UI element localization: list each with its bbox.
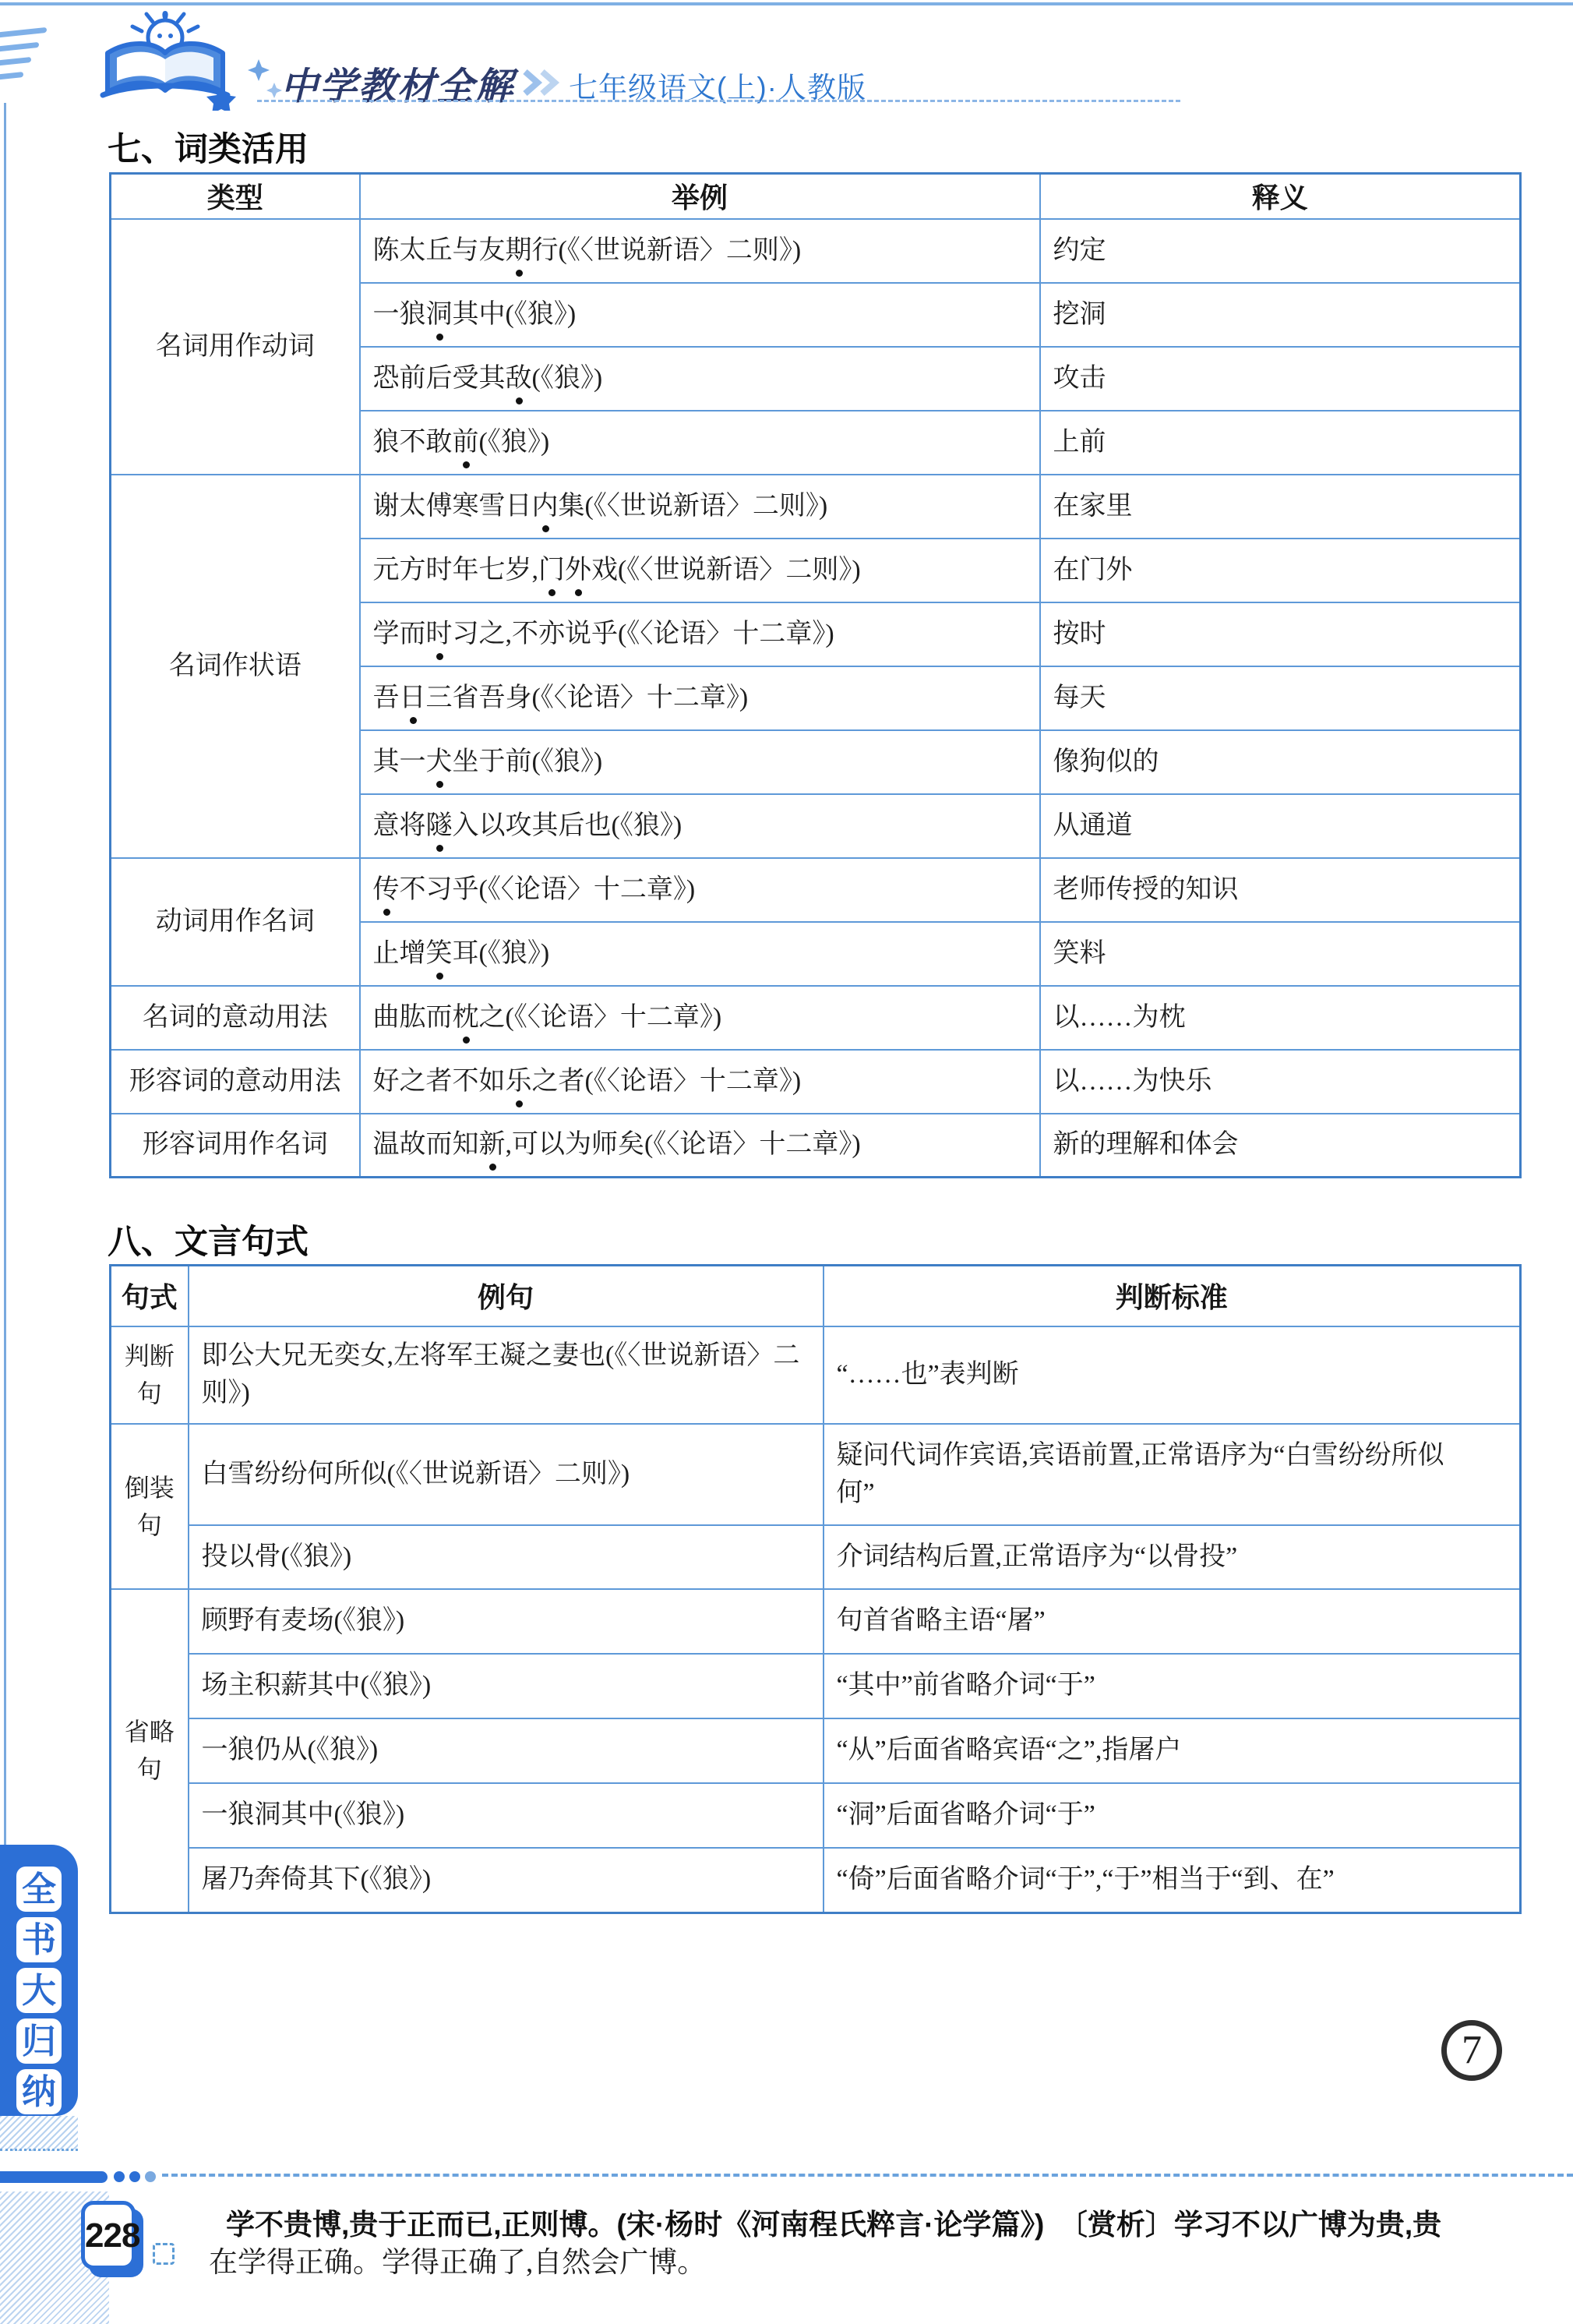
emphasis-dot-char: 日 — [400, 680, 426, 717]
sentence-pattern-table-wrap: 句式例句判断标准判断句即公大兄无奕女,左将军王凝之妻也(《〈世说新语〉二则》)“… — [109, 1264, 1522, 1914]
example-cell: 止增笑耳(《狼》) — [360, 922, 1040, 986]
meaning-cell: “……也”表判断 — [824, 1326, 1521, 1424]
emphasis-dot-char: 前 — [453, 424, 479, 461]
meaning-cell: 上前 — [1040, 411, 1521, 475]
example-cell: 狼不敢前(《狼》) — [360, 411, 1040, 475]
example-cell: 投以骨(《狼》) — [189, 1525, 824, 1589]
chevron-separator-icon — [520, 67, 561, 98]
example-cell: 吾日三省吾身(《〈论语〉十二章》) — [360, 666, 1040, 730]
column-header: 释义 — [1040, 174, 1521, 219]
column-header: 举例 — [360, 174, 1040, 219]
example-cell: 其一犬坐于前(《狼》) — [360, 730, 1040, 794]
sparkle-stars-icon — [246, 59, 284, 100]
meaning-cell: “其中”前省略介词“于” — [824, 1654, 1521, 1718]
example-cell: 一狼仍从(《狼》) — [189, 1718, 824, 1783]
footer-quote-line1: 学不贵博,贵于正而已,正则博。(宋·杨时《河南程氏粹言·论学篇》) 〔赏析〕学习… — [226, 2201, 1558, 2243]
row-group-label: 省略句 — [111, 1589, 189, 1913]
meaning-cell: 以……为枕 — [1040, 986, 1521, 1050]
emphasis-dot-char: 隧 — [426, 807, 453, 845]
meaning-cell: “倚”后面省略介词“于”,“于”相当于“到、在” — [824, 1848, 1521, 1913]
word-class-usage-table: 类型举例释义名词用作动词陈太丘与友期行(《〈世说新语〉二则》)约定一狼洞其中(《… — [109, 172, 1522, 1178]
meaning-cell: 攻击 — [1040, 347, 1521, 411]
example-cell: 一狼洞其中(《狼》) — [360, 283, 1040, 347]
example-cell: 元方时年七岁,门外戏(《〈世说新语〉二则》) — [360, 539, 1040, 602]
example-cell: 好之者不如乐之者(《〈论语〉十二章》) — [360, 1050, 1040, 1114]
meaning-cell: 老师传授的知识 — [1040, 858, 1521, 922]
emphasis-dot-char: 枕 — [453, 999, 479, 1037]
emphasis-dot-char: 期 — [506, 232, 532, 270]
example-cell: 即公大兄无奕女,左将军王凝之妻也(《〈世说新语〉二则》) — [189, 1326, 824, 1424]
meaning-cell: 句首省略主语“屠” — [824, 1589, 1521, 1654]
meaning-cell: 在门外 — [1040, 539, 1521, 602]
column-header: 判断标准 — [824, 1266, 1521, 1326]
footer-dot — [129, 2171, 140, 2182]
meaning-cell: 介词结构后置,正常语序为“以骨投” — [824, 1525, 1521, 1589]
row-group-label: 形容词的意动用法 — [111, 1050, 360, 1114]
emphasis-dot-char: 时 — [426, 616, 453, 653]
meaning-cell: 约定 — [1040, 219, 1521, 283]
column-header: 例句 — [189, 1266, 824, 1326]
example-cell: 学而时习之,不亦说乎(《〈论语〉十二章》) — [360, 602, 1040, 666]
meaning-cell: 按时 — [1040, 602, 1521, 666]
row-group-label: 名词用作动词 — [111, 219, 360, 475]
sidebar-char: 全 — [16, 1867, 62, 1912]
example-cell: 场主积薪其中(《狼》) — [189, 1654, 824, 1718]
meaning-cell: 疑问代词作宾语,宾语前置,正常语序为“白雪纷纷所似何” — [824, 1424, 1521, 1525]
sidebar-char: 大 — [16, 1968, 62, 2013]
sidebar-char: 归 — [16, 2018, 62, 2064]
example-cell: 一狼洞其中(《狼》) — [189, 1783, 824, 1848]
header-dashed-rule — [257, 100, 1180, 102]
section-title-word-class-usage: 七、词类活用 — [108, 123, 309, 171]
example-cell: 陈太丘与友期行(《〈世说新语〉二则》) — [360, 219, 1040, 283]
example-cell: 恐前后受其敌(《狼》) — [360, 347, 1040, 411]
top-border-line — [0, 2, 1573, 5]
column-header: 句式 — [111, 1266, 189, 1326]
meaning-cell: 笑料 — [1040, 922, 1521, 986]
emphasis-dot-char: 传 — [373, 871, 400, 909]
left-margin-line — [4, 103, 6, 1845]
emphasis-dot-char: 外 — [565, 552, 591, 589]
book-mascot-logo-icon — [87, 8, 243, 111]
footer-dot — [114, 2171, 125, 2182]
sidebar-tab-hatch-decoration — [0, 2116, 78, 2151]
example-cell: 白雪纷纷何所似(《〈世说新语〉二则》) — [189, 1424, 824, 1525]
page-number: 228 — [81, 2201, 136, 2269]
example-cell: 曲肱而枕之(《〈论语〉十二章》) — [360, 986, 1040, 1050]
footer-dashed-rule — [162, 2174, 1573, 2177]
meaning-cell: 新的理解和体会 — [1040, 1114, 1521, 1178]
sentence-pattern-table: 句式例句判断标准判断句即公大兄无奕女,左将军王凝之妻也(《〈世说新语〉二则》)“… — [109, 1264, 1522, 1914]
row-group-label: 形容词用作名词 — [111, 1114, 360, 1178]
meaning-cell: “洞”后面省略介词“于” — [824, 1783, 1521, 1848]
sidebar-tab-whole-book-summary: 全 书 大 归 纳 — [0, 1845, 78, 2116]
meaning-cell: 每天 — [1040, 666, 1521, 730]
example-cell: 温故而知新,可以为师矣(《〈论语〉十二章》) — [360, 1114, 1040, 1178]
footer-dot — [145, 2171, 156, 2182]
emphasis-dot-char: 新 — [479, 1126, 506, 1164]
meaning-cell: 从通道 — [1040, 794, 1521, 858]
word-class-usage-table-wrap: 类型举例释义名词用作动词陈太丘与友期行(《〈世说新语〉二则》)约定一狼洞其中(《… — [109, 172, 1522, 1178]
dashed-square-bullet-icon — [153, 2243, 175, 2265]
footer-quote-line2: 在学得正确。学得正确了,自然会广博。 — [209, 2238, 1455, 2280]
emphasis-dot-char: 犬 — [426, 743, 453, 781]
section-title-classical-sentence-patterns: 八、文言句式 — [108, 1216, 309, 1263]
meaning-cell: 挖洞 — [1040, 283, 1521, 347]
row-group-label: 判断句 — [111, 1326, 189, 1424]
meaning-cell: 像狗似的 — [1040, 730, 1521, 794]
sidebar-char: 纳 — [16, 2069, 62, 2114]
column-header: 类型 — [111, 174, 360, 219]
example-cell: 顾野有麦场(《狼》) — [189, 1589, 824, 1654]
sidebar-char: 书 — [16, 1917, 62, 1962]
emphasis-dot-char: 内 — [532, 488, 559, 525]
row-group-label: 倒装句 — [111, 1424, 189, 1589]
example-cell: 传不习乎(《〈论语〉十二章》) — [360, 858, 1040, 922]
emphasis-dot-char: 门 — [538, 552, 565, 589]
example-cell: 意将隧入以攻其后也(《狼》) — [360, 794, 1040, 858]
meaning-cell: 以……为快乐 — [1040, 1050, 1521, 1114]
footer-bar-decoration — [0, 2171, 108, 2183]
emphasis-dot-char: 敌 — [506, 360, 532, 397]
emphasis-dot-char: 洞 — [426, 296, 453, 334]
chapter-page-badge: 7 — [1441, 2020, 1502, 2081]
row-group-label: 动词用作名词 — [111, 858, 360, 986]
meaning-cell: “从”后面省略宾语“之”,指屠户 — [824, 1718, 1521, 1783]
corner-stripes-decoration — [0, 27, 47, 88]
example-cell: 谢太傅寒雪日内集(《〈世说新语〉二则》) — [360, 475, 1040, 539]
row-group-label: 名词的意动用法 — [111, 986, 360, 1050]
emphasis-dot-char: 乐 — [506, 1063, 532, 1100]
meaning-cell: 在家里 — [1040, 475, 1521, 539]
textbook-page: 中学教材全解 七年级语文(上)·人教版 七、词类活用 类型举例释义名词用作动词陈… — [0, 0, 1573, 2324]
row-group-label: 名词作状语 — [111, 475, 360, 858]
example-cell: 屠乃奔倚其下(《狼》) — [189, 1848, 824, 1913]
emphasis-dot-char: 笑 — [426, 935, 453, 973]
